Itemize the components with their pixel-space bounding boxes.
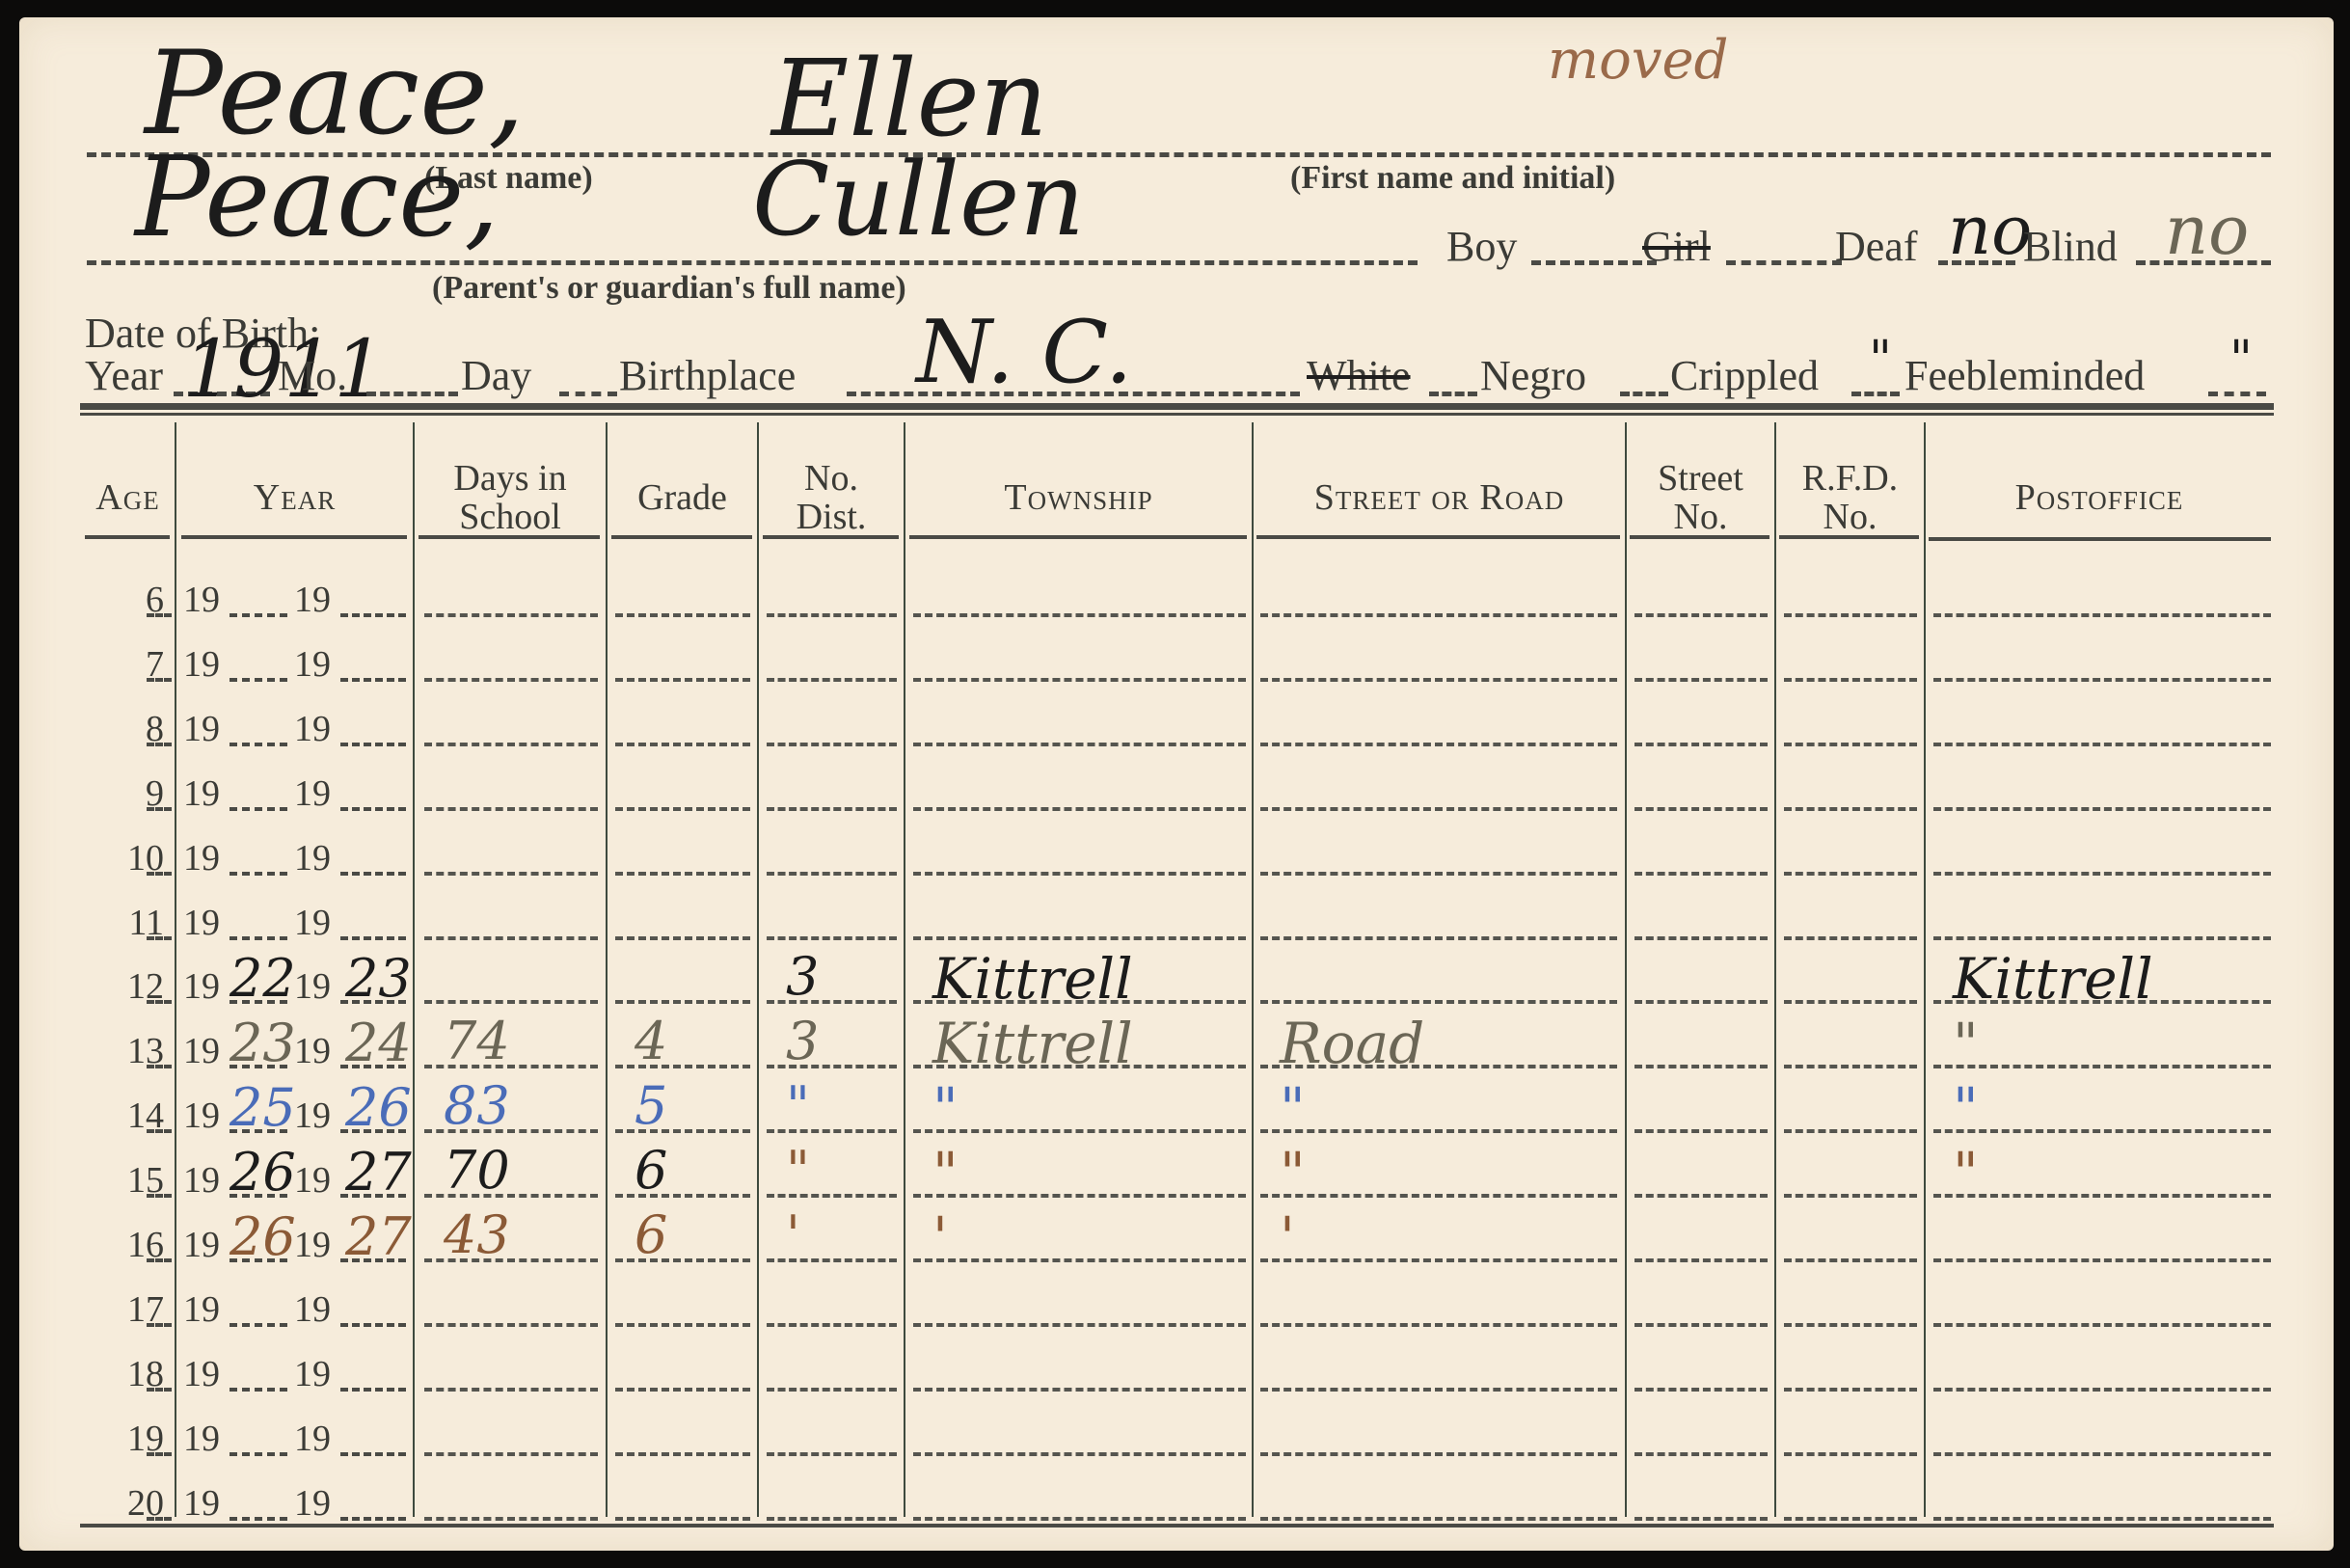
postoffice-line [1933, 1258, 2271, 1262]
blind-value: no [2165, 191, 2249, 270]
age-line [147, 743, 172, 746]
township-line [913, 936, 1246, 940]
age-line [147, 1388, 172, 1392]
postoffice-line [1933, 872, 2271, 876]
birth-year-label: Year [85, 351, 163, 400]
grade-line [615, 1517, 750, 1521]
girl-label: Girl [1642, 222, 1711, 271]
year-from-value: 26 [230, 1206, 296, 1267]
year-to-prefix: 19 [294, 1159, 331, 1202]
year-to-prefix: 19 [294, 1095, 331, 1137]
year-to-prefix: 19 [294, 772, 331, 815]
rfd-line [1784, 1388, 1917, 1392]
township-line [913, 807, 1246, 811]
street-road-line [1260, 807, 1617, 811]
township-line [913, 1258, 1246, 1262]
year-to-prefix: 19 [294, 837, 331, 879]
street-road-line [1260, 1323, 1617, 1327]
dist-line [767, 743, 897, 746]
days-line [424, 1000, 598, 1004]
street-road-cell: Road [1280, 1011, 1424, 1076]
rfd-line [1784, 1065, 1917, 1068]
col-divider-township [1252, 422, 1254, 1517]
dist-line [767, 807, 897, 811]
age-line [147, 807, 172, 811]
dist-line [767, 1517, 897, 1521]
days-cell: 74 [444, 1011, 510, 1071]
header-bottom-rule-street-no [1630, 535, 1769, 539]
township-line [913, 743, 1246, 746]
postoffice-line [1933, 613, 2271, 617]
township-line [913, 678, 1246, 682]
year-from-prefix: 19 [183, 772, 220, 815]
guardian-name-line [87, 260, 1418, 265]
header-bottom-rule-dist [763, 535, 899, 539]
postoffice-cell: Kittrell [1953, 946, 2153, 1012]
rfd-line [1784, 613, 1917, 617]
dist-cell: 3 [786, 946, 819, 1007]
dist-cell: " [786, 1075, 810, 1136]
year-from-prefix: 19 [183, 1418, 220, 1460]
year-to-value: 27 [345, 1206, 412, 1267]
rfd-line [1784, 872, 1917, 876]
days-line [424, 1452, 598, 1456]
year-from-prefix: 19 [183, 1095, 220, 1137]
year-from-line [230, 1517, 287, 1521]
grade-line [615, 743, 750, 746]
dist-line [767, 1323, 897, 1327]
crippled-label: Crippled [1670, 351, 1819, 400]
deaf-value: no [1948, 191, 2032, 270]
age-line [147, 1000, 172, 1004]
postoffice-line [1933, 1517, 2271, 1521]
year-from-prefix: 19 [183, 1159, 220, 1202]
street-no-line [1634, 1258, 1768, 1262]
postoffice-cell: " [1953, 1075, 1979, 1141]
dist-line [767, 936, 897, 940]
postoffice-line [1933, 1323, 2271, 1327]
white-label: White [1307, 351, 1411, 400]
postoffice-line [1933, 1452, 2271, 1456]
rfd-line [1784, 1000, 1917, 1004]
birthplace-label: Birthplace [619, 351, 796, 400]
year-to-value: 27 [345, 1142, 412, 1203]
deaf-label: Deaf [1835, 222, 1918, 271]
township-line [913, 1388, 1246, 1392]
negro-label: Negro [1480, 351, 1586, 400]
birth-month-label: Mo. [278, 351, 347, 400]
age-line [147, 1194, 172, 1198]
year-to-prefix: 19 [294, 1030, 331, 1072]
age-line [147, 1065, 172, 1068]
white-line [1429, 392, 1477, 396]
street-road-line [1260, 1194, 1617, 1198]
township-line [913, 1517, 1246, 1521]
year-to-line [340, 1323, 406, 1327]
year-to-prefix: 19 [294, 1418, 331, 1460]
street-no-line [1634, 1323, 1768, 1327]
township-cell: Kittrell [932, 946, 1133, 1012]
rfd-line [1784, 1194, 1917, 1198]
year-to-prefix: 19 [294, 643, 331, 686]
rfd-line [1784, 1323, 1917, 1327]
days-cell: 70 [444, 1140, 510, 1201]
postoffice-line [1933, 1129, 2271, 1133]
year-to-line [340, 613, 406, 617]
age-line [147, 1323, 172, 1327]
grade-line [615, 613, 750, 617]
birth-day-line [559, 392, 617, 396]
street-no-line [1634, 936, 1768, 940]
header-top-rule-thin [80, 413, 2274, 416]
year-to-prefix: 19 [294, 1224, 331, 1266]
rfd-line [1784, 678, 1917, 682]
street-no-line [1634, 743, 1768, 746]
year-to-value: 26 [345, 1077, 412, 1138]
header-bottom-rule-year [181, 535, 407, 539]
age-line [147, 1517, 172, 1521]
feebleminded-label: Feebleminded [1904, 351, 2145, 400]
year-from-line [230, 1452, 287, 1456]
dist-cell: ' [786, 1204, 800, 1265]
col-divider-street-road [1625, 422, 1627, 1517]
street-road-line [1260, 1258, 1617, 1262]
grade-line [615, 807, 750, 811]
col-divider-age [175, 422, 176, 1517]
street-road-line [1260, 1517, 1617, 1521]
rfd-line [1784, 807, 1917, 811]
year-to-line [340, 1388, 406, 1392]
street-road-cell: " [1280, 1140, 1306, 1205]
year-from-line [230, 936, 287, 940]
year-to-line [340, 936, 406, 940]
postoffice-line [1933, 1388, 2271, 1392]
col-divider-street-no [1774, 422, 1776, 1517]
days-line [424, 872, 598, 876]
days-cell: 43 [444, 1204, 510, 1265]
township-cell: " [932, 1140, 959, 1205]
grade-cell: 4 [635, 1011, 667, 1071]
col-header-street-no-line1: Street [1658, 459, 1743, 498]
street-no-line [1634, 807, 1768, 811]
street-road-cell: " [1280, 1075, 1306, 1141]
rfd-line [1784, 936, 1917, 940]
year-to-prefix: 19 [294, 579, 331, 621]
crippled-line [1851, 392, 1900, 396]
year-to-value: 23 [345, 948, 412, 1009]
township-line [913, 1323, 1246, 1327]
days-line [424, 1323, 598, 1327]
header-bottom-rule-postoffice [1929, 537, 2271, 541]
street-road-line [1260, 678, 1617, 682]
street-road-line [1260, 1452, 1617, 1456]
year-to-prefix: 19 [294, 1482, 331, 1525]
year-to-value: 24 [345, 1013, 412, 1073]
street-road-line [1260, 1000, 1617, 1004]
year-from-prefix: 19 [183, 579, 220, 621]
year-from-value: 22 [230, 948, 296, 1009]
dist-line [767, 872, 897, 876]
street-road-line [1260, 1129, 1617, 1133]
age-line [147, 613, 172, 617]
year-from-value: 23 [230, 1013, 296, 1073]
postoffice-cell: " [1953, 1011, 1979, 1076]
birth-month-line [366, 392, 458, 396]
age-line [147, 1258, 172, 1262]
postoffice-line [1933, 1194, 2271, 1198]
rfd-line [1784, 743, 1917, 746]
grade-line [615, 1000, 750, 1004]
first-name-label: (First name and initial) [1290, 160, 1615, 197]
postoffice-line [1933, 678, 2271, 682]
year-to-prefix: 19 [294, 1288, 331, 1331]
street-no-line [1634, 678, 1768, 682]
rfd-line [1784, 1129, 1917, 1133]
year-from-prefix: 19 [183, 902, 220, 944]
postoffice-cell: " [1953, 1140, 1979, 1205]
boy-line [1531, 260, 1657, 265]
street-road-cell: ' [1280, 1204, 1295, 1270]
year-to-line [340, 743, 406, 746]
postoffice-line [1933, 807, 2271, 811]
year-from-prefix: 19 [183, 643, 220, 686]
moved-annotation: moved [1548, 29, 1728, 92]
street-no-line [1634, 872, 1768, 876]
days-line [424, 1517, 598, 1521]
year-from-prefix: 19 [183, 837, 220, 879]
rfd-line [1784, 1258, 1917, 1262]
grade-line [615, 1452, 750, 1456]
year-from-line [230, 613, 287, 617]
days-line [424, 936, 598, 940]
age-line [147, 936, 172, 940]
school-census-card: moved Peace, Ellen (Last name) (First na… [19, 17, 2334, 1551]
township-cell: " [932, 1075, 959, 1141]
rfd-line [1784, 1517, 1917, 1521]
age-line [147, 678, 172, 682]
street-no-line [1634, 613, 1768, 617]
col-divider-dist [904, 422, 905, 1517]
township-line [913, 613, 1246, 617]
grade-line [615, 1323, 750, 1327]
year-from-line [230, 743, 287, 746]
header-bottom-rule-age [85, 535, 170, 539]
year-from-line [230, 872, 287, 876]
year-from-prefix: 19 [183, 1030, 220, 1072]
year-from-prefix: 19 [183, 1224, 220, 1266]
blind-label: Blind [2023, 222, 2118, 271]
header-top-rule [80, 403, 2274, 410]
township-line [913, 1194, 1246, 1198]
col-header-days-line2: School [459, 498, 561, 536]
col-header-rfd-line1: R.F.D. [1802, 459, 1898, 498]
feebleminded-line [2208, 392, 2266, 396]
header-bottom-rule-township [909, 535, 1247, 539]
col-divider-grade [757, 422, 759, 1517]
days-line [424, 613, 598, 617]
year-to-prefix: 19 [294, 708, 331, 750]
days-cell: 83 [444, 1075, 510, 1136]
street-no-line [1634, 1517, 1768, 1521]
street-no-line [1634, 1452, 1768, 1456]
township-line [913, 1129, 1246, 1133]
year-from-line [230, 807, 287, 811]
age-line [147, 1129, 172, 1133]
rfd-line [1784, 1452, 1917, 1456]
year-to-line [340, 1452, 406, 1456]
dist-line [767, 613, 897, 617]
header-bottom-rule-days [419, 535, 600, 539]
dist-cell: " [786, 1140, 810, 1201]
col-header-days-line1: Days in [453, 459, 566, 498]
street-road-line [1260, 872, 1617, 876]
guardian-last-name: Peace, [135, 133, 500, 262]
street-road-line [1260, 743, 1617, 746]
year-from-prefix: 19 [183, 1353, 220, 1395]
year-to-prefix: 19 [294, 902, 331, 944]
grade-cell: 6 [635, 1140, 667, 1201]
dist-line [767, 1388, 897, 1392]
street-no-line [1634, 1388, 1768, 1392]
age-line [147, 1452, 172, 1456]
year-from-prefix: 19 [183, 1482, 220, 1525]
col-header-rfd-line2: No. [1823, 498, 1877, 536]
dist-line [767, 1452, 897, 1456]
guardian-label: (Parent's or guardian's full name) [432, 270, 906, 307]
col-divider-days [606, 422, 608, 1517]
street-no-line [1634, 1129, 1768, 1133]
township-cell: Kittrell [932, 1011, 1133, 1076]
grade-line [615, 678, 750, 682]
year-from-value: 26 [230, 1142, 296, 1203]
postoffice-line [1933, 1065, 2271, 1068]
year-from-value: 25 [230, 1077, 296, 1138]
negro-line [1620, 392, 1668, 396]
township-line [913, 1452, 1246, 1456]
guardian-first-name: Cullen [752, 141, 1085, 258]
table-bottom-rule [80, 1524, 2274, 1527]
year-from-prefix: 19 [183, 708, 220, 750]
feebleminded-value: " [2229, 331, 2253, 389]
year-to-line [340, 872, 406, 876]
dist-line [767, 678, 897, 682]
street-road-line [1260, 936, 1617, 940]
dist-cell: 3 [786, 1011, 819, 1071]
days-line [424, 678, 598, 682]
township-cell: ' [932, 1204, 948, 1270]
year-to-line [340, 1517, 406, 1521]
year-to-prefix: 19 [294, 965, 331, 1008]
col-header-dist-line2: Dist. [797, 498, 867, 536]
age-line [147, 872, 172, 876]
boy-label: Boy [1446, 222, 1517, 271]
crippled-value: " [1869, 331, 1892, 389]
girl-line [1726, 260, 1842, 265]
street-no-line [1634, 1000, 1768, 1004]
grade-line [615, 872, 750, 876]
header-bottom-rule-grade [611, 535, 752, 539]
col-header-street-no-line2: No. [1674, 498, 1728, 536]
year-from-line [230, 1388, 287, 1392]
grade-cell: 6 [635, 1204, 667, 1265]
grade-line [615, 936, 750, 940]
street-no-line [1634, 1194, 1768, 1198]
street-road-line [1260, 1388, 1617, 1392]
year-from-prefix: 19 [183, 1288, 220, 1331]
year-from-prefix: 19 [183, 965, 220, 1008]
col-header-dist-line1: No. [804, 459, 858, 498]
birthplace-value: N. C. [916, 302, 1132, 403]
birth-day-label: Day [461, 351, 531, 400]
street-no-line [1634, 1065, 1768, 1068]
township-line [913, 872, 1246, 876]
street-road-line [1260, 613, 1617, 617]
days-line [424, 1388, 598, 1392]
header-bottom-rule-street-road [1256, 535, 1620, 539]
col-divider-rfd [1924, 422, 1926, 1517]
year-to-line [340, 807, 406, 811]
grade-line [615, 1388, 750, 1392]
year-to-prefix: 19 [294, 1353, 331, 1395]
year-to-line [340, 678, 406, 682]
header-bottom-rule-rfd [1779, 535, 1919, 539]
grade-cell: 5 [635, 1075, 667, 1136]
days-line [424, 807, 598, 811]
col-header-postoffice: Postoffice [1926, 442, 2273, 553]
year-from-line [230, 1323, 287, 1327]
col-divider-year [413, 422, 415, 1517]
days-line [424, 743, 598, 746]
year-from-line [230, 678, 287, 682]
postoffice-line [1933, 936, 2271, 940]
postoffice-line [1933, 743, 2271, 746]
